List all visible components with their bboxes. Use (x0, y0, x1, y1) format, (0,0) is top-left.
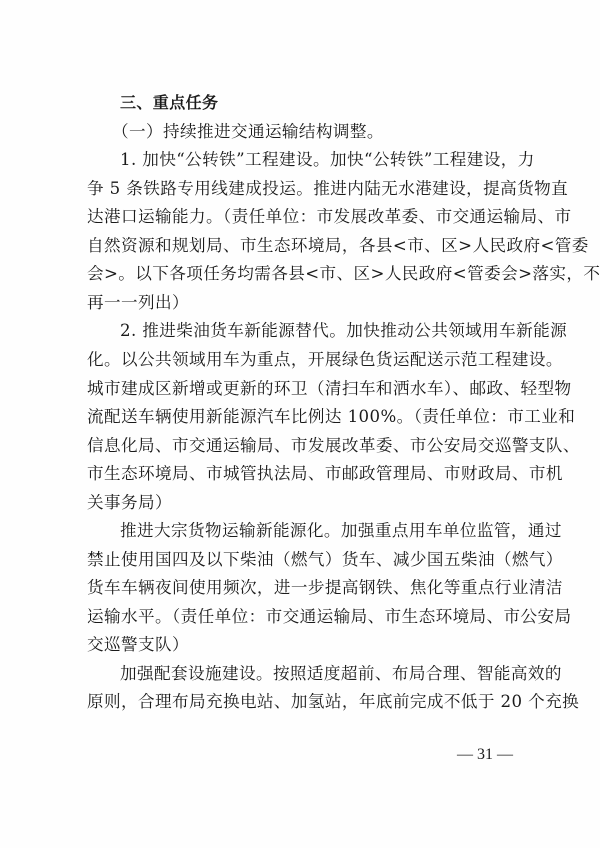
paragraph-line: 流配送车辆使用新能源汽车比例达 100%。（责任单位：市工业和 (87, 406, 515, 428)
subsection-heading: （一）持续推进交通运输结构调整。 (112, 121, 412, 143)
paragraph-line: 自然资源和规划局、市生态环境局，各县<市、区>人民政府<管委 (87, 235, 515, 257)
section-heading: 三、重点任务 (120, 92, 320, 114)
paragraph-line: 信息化局、市交通运输局、市发展改革委、市公安局交巡警支队、 (87, 435, 515, 457)
paragraph-line: 原则，合理布局充换电站、加氢站，年底前完成不低于 20 个充换 (87, 691, 515, 713)
paragraph-line: 交巡警支队） (87, 634, 515, 656)
paragraph-line: 1. 加快“公转铁”工程建设。加快“公转铁”工程建设，力 (120, 149, 515, 171)
paragraph-line: 货车车辆夜间使用频次，进一步提高钢铁、焦化等重点行业清洁 (87, 577, 515, 599)
paragraph-line: 市生态环境局、市城管执法局、市邮政管理局、市财政局、市机 (87, 463, 515, 485)
paragraph-line: 城市建成区新增或更新的环卫（清扫车和洒水车）、邮政、轻型物 (87, 378, 515, 400)
paragraph-line: 化。以公共领域用车为重点，开展绿色货运配送示范工程建设。 (87, 349, 515, 371)
paragraph-line: 2. 推进柴油货车新能源替代。加快推动公共领域用车新能源 (120, 320, 515, 342)
paragraph-line: 关事务局） (87, 492, 515, 514)
document-page: 三、重点任务 （一）持续推进交通运输结构调整。 1. 加快“公转铁”工程建设。加… (0, 0, 600, 848)
paragraph-line: 加强配套设施建设。按照适度超前、布局合理、智能高效的 (120, 663, 515, 685)
page-number: — 31 — (450, 746, 520, 764)
paragraph-line: 推进大宗货物运输新能源化。加强重点用车单位监管，通过 (120, 520, 515, 542)
paragraph-line: 禁止使用国四及以下柴油（燃气）货车、减少国五柴油（燃气） (87, 549, 515, 571)
paragraph-line: 运输水平。（责任单位：市交通运输局、市生态环境局、市公安局 (87, 606, 515, 628)
paragraph-line: 达港口运输能力。（责任单位：市发展改革委、市交通运输局、市 (87, 206, 515, 228)
paragraph-line: 会>。以下各项任务均需各县<市、区>人民政府<管委会>落实，不 (87, 263, 515, 285)
paragraph-line: 争 5 条铁路专用线建成投运。推进内陆无水港建设，提高货物直 (87, 178, 515, 200)
paragraph-line: 再一一列出） (87, 292, 515, 314)
